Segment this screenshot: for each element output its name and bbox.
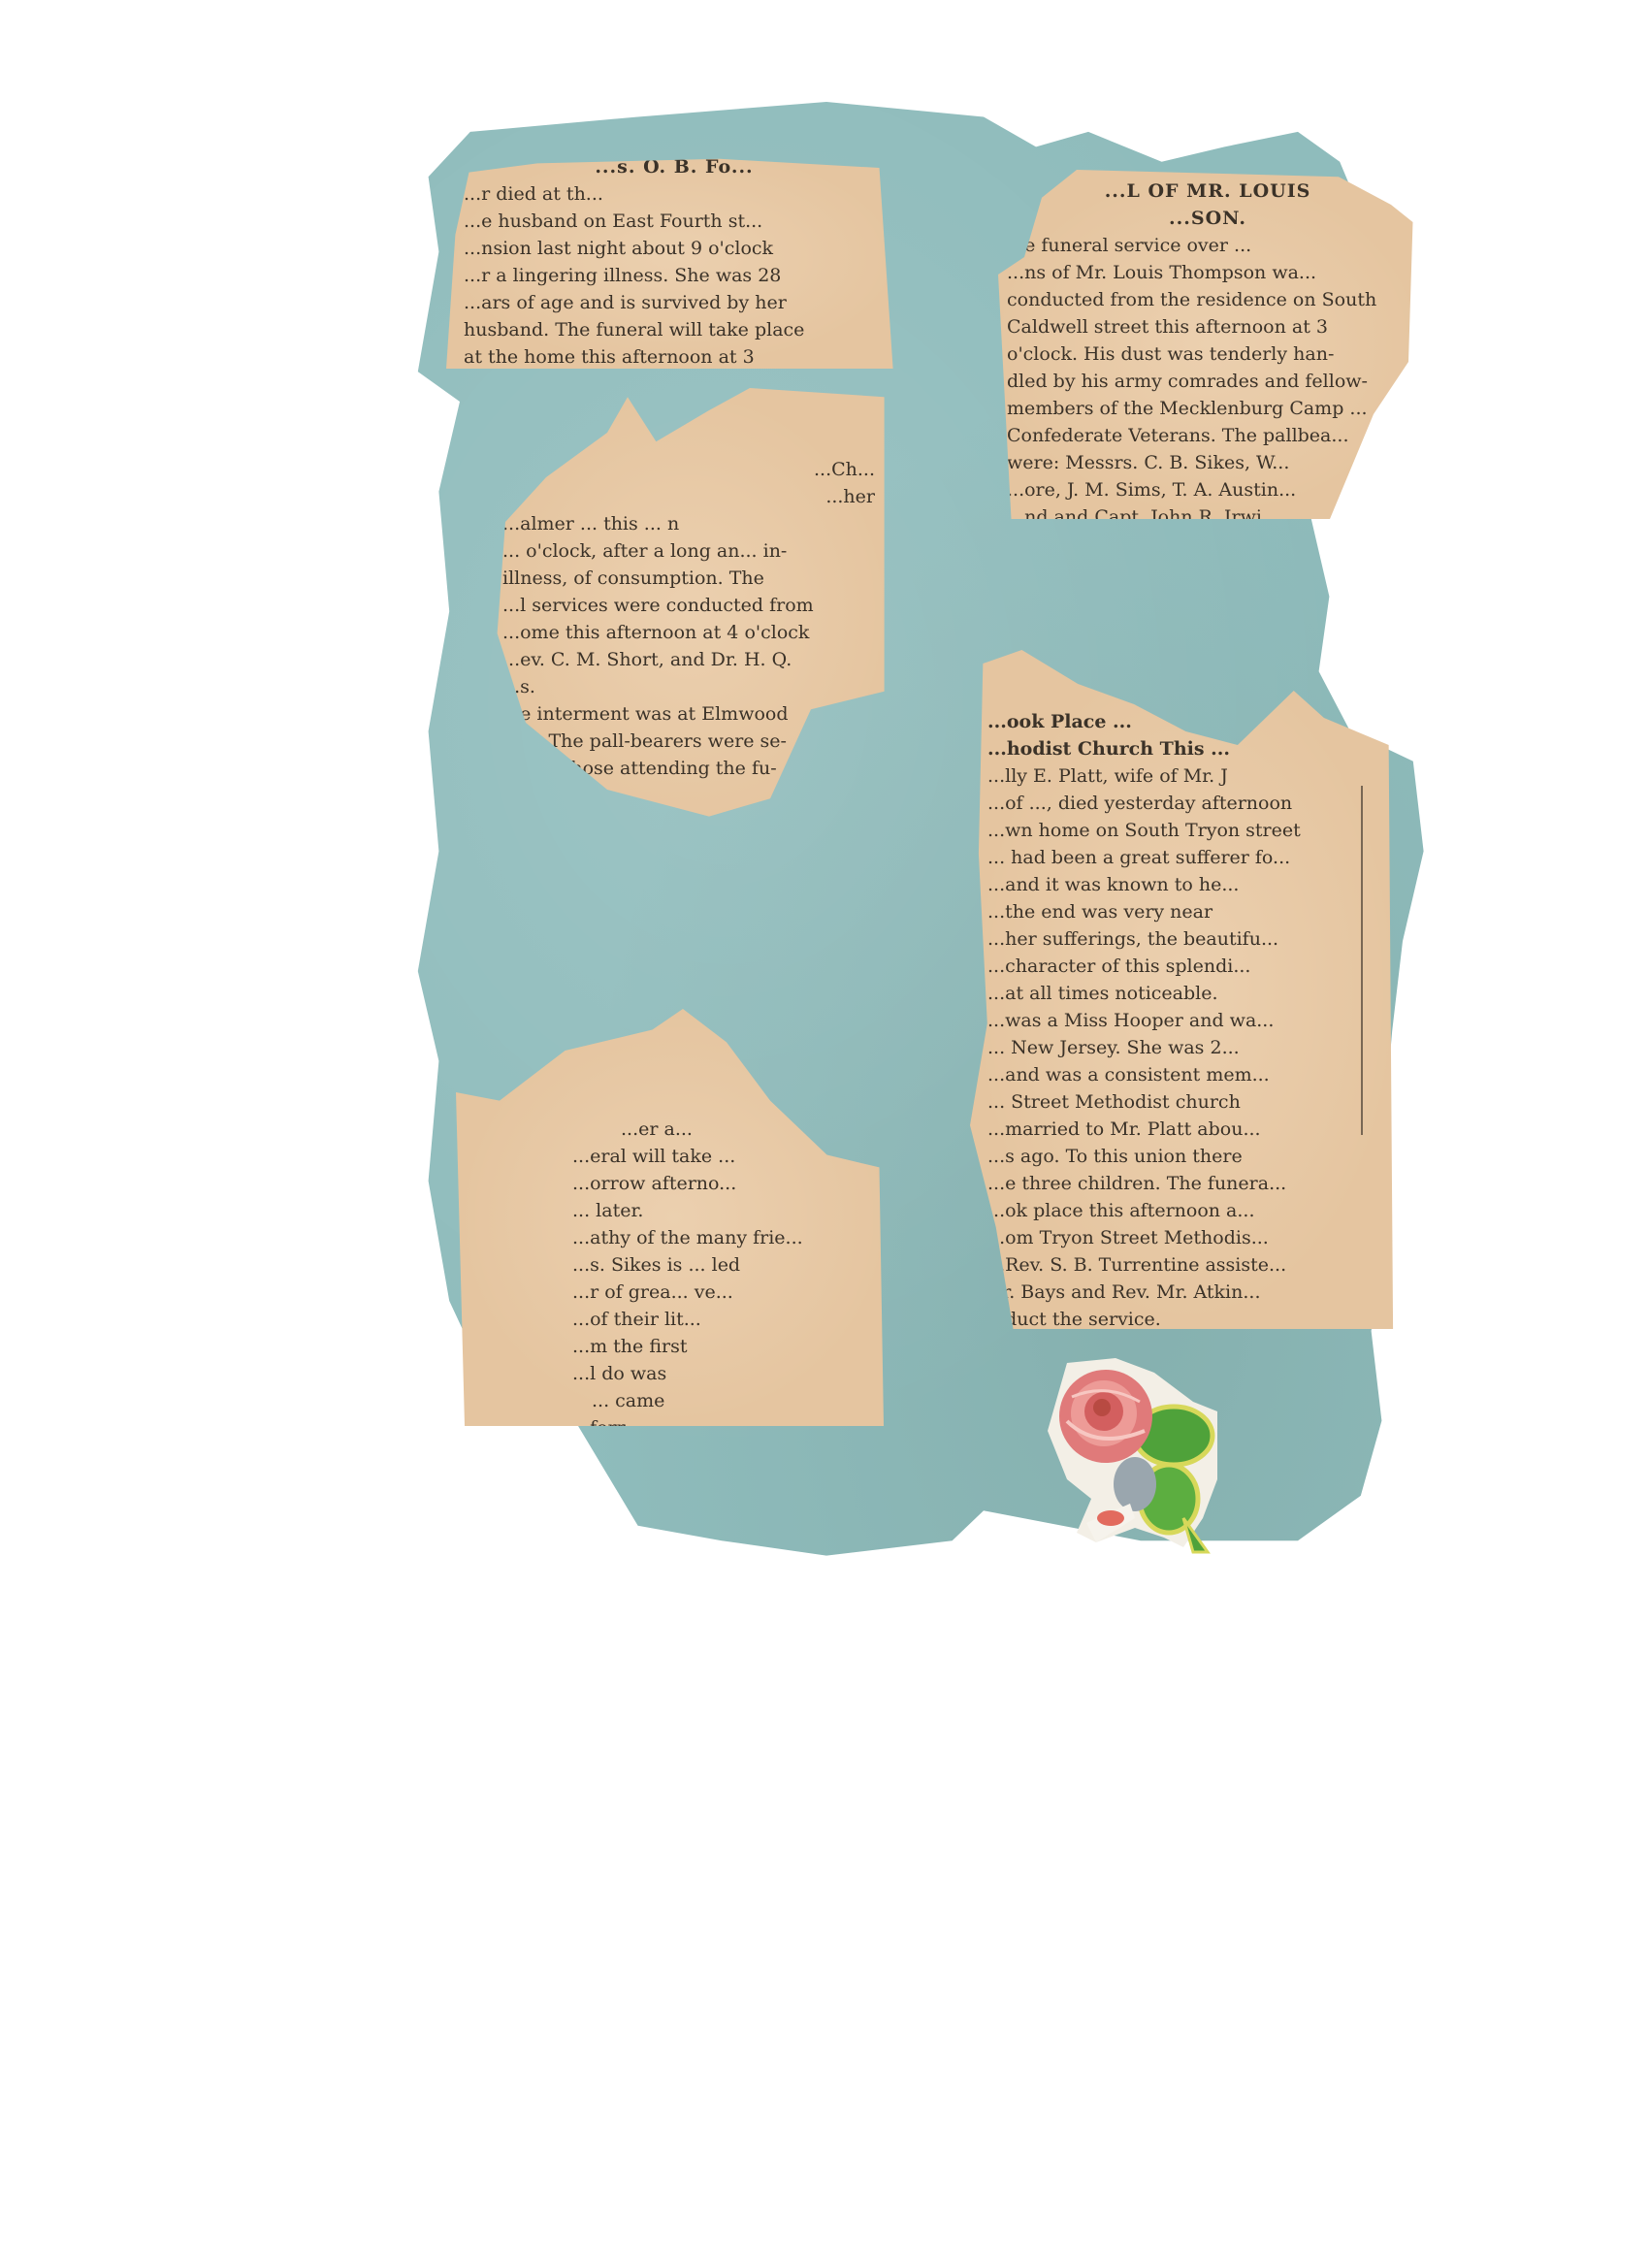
clipping-line: ...s. Sikes is ... led: [572, 1251, 875, 1279]
column-rule: [1361, 786, 1363, 1135]
obituary-clipping-thompson: ...L OF MR. LOUIS ...SON. ...e funeral s…: [989, 170, 1426, 519]
rose-flower-icon: [1038, 1344, 1222, 1557]
clipping-line: ...r of grea... ve...: [572, 1279, 875, 1306]
clipping-line: ...e husband on East Fourth st...: [464, 208, 885, 235]
clipping-line: Caldwell street this afternoon at 3: [1007, 313, 1408, 340]
clipping-line: were: Messrs. C. B. Sikes, W...: [1007, 449, 1408, 476]
clipping-line: ...and was a consistent mem...: [987, 1061, 1384, 1088]
clipping-line: ...married to Mr. Platt abou...: [987, 1116, 1384, 1143]
clipping-line: ...wn home on South Tryon street: [987, 817, 1384, 844]
clipping-line: conducted from the residence on South: [1007, 286, 1408, 313]
clipping-line: ...l do was: [572, 1360, 875, 1387]
clipping-line: ... Street Methodist church: [987, 1088, 1384, 1116]
clipping-line: ...ok place this afternoon a...: [987, 1197, 1384, 1224]
clipping-headline: ...SON.: [1007, 205, 1408, 232]
clipping-line: ...of ..., died yesterday afternoon: [987, 790, 1384, 817]
clipping-line: ...l services were conducted from: [502, 592, 875, 619]
clipping-line: ...orrow afterno...: [572, 1170, 875, 1197]
clipping-line: ... New Jersey. She was 2...: [987, 1034, 1384, 1061]
clipping-line: ... had been a great sufferer fo...: [987, 844, 1384, 871]
clipping-line: members of the Mecklenburg Camp ...: [1007, 395, 1408, 422]
clipping-line: ... later.: [572, 1197, 875, 1224]
clipping-line: ...om Tryon Street Methodis...: [987, 1224, 1384, 1251]
clipping-line: ...m the first: [572, 1333, 875, 1360]
clipping-line: dled by his army comrades and fellow-: [1007, 368, 1408, 395]
clipping-line: ...ore, J. M. Sims, T. A. Austin...: [1007, 476, 1408, 503]
clipping-line: ...almer ... this ... n: [502, 510, 875, 537]
clipping-headline: ...L OF MR. LOUIS: [1007, 178, 1408, 205]
obituary-clipping-platt: ...ook Place ... ...hodist Church This .…: [970, 650, 1402, 1329]
clipping-line: ...and it was known to he...: [987, 871, 1384, 898]
clipping-line: ...s.: [502, 673, 875, 700]
clipping-line: husband. The funeral will take place: [464, 316, 885, 343]
clipping-line: ...lly E. Platt, wife of Mr. J: [987, 762, 1384, 790]
clipping-line: ... came: [572, 1387, 875, 1414]
clipping-line: ...e three children. The funera...: [987, 1170, 1384, 1197]
clipping-line: ...ars of age and is survived by her: [464, 289, 885, 316]
clipping-line: ...at all times noticeable.: [987, 980, 1384, 1007]
clipping-line: ...Rev. S. B. Turrentine assiste...: [987, 1251, 1384, 1279]
clipping-line: illness, of consumption. The: [502, 565, 875, 592]
clipping-line: ...of their lit...: [572, 1306, 875, 1333]
clipping-line: ...ome this afternoon at 4 o'clock: [502, 619, 875, 646]
clipping-line: ...ev. C. M. Short, and Dr. H. Q.: [502, 646, 875, 673]
clipping-line: ...her sufferings, the beautifu...: [987, 925, 1384, 953]
clipping-line: ...the end was very near: [987, 898, 1384, 925]
clipping-subheadline: ...hodist Church This ...: [987, 735, 1384, 762]
clipping-line: ...her: [502, 483, 875, 510]
clipping-line: ...e funeral service over ...: [1007, 232, 1408, 259]
clipping-line: ...s ago. To this union there: [987, 1143, 1384, 1170]
clipping-line: at the home this afternoon at 3: [464, 343, 885, 371]
clipping-line: Confederate Veterans. The pallbea...: [1007, 422, 1408, 449]
clipping-line: ... o'clock, after a long an... in-: [502, 537, 875, 565]
clipping-line: ...duct the service.: [987, 1306, 1384, 1333]
clipping-line: ...athy of the many frie...: [572, 1224, 875, 1251]
clipping-line: ...r died at th...: [464, 180, 885, 208]
clipping-line: ...character of this splendi...: [987, 953, 1384, 980]
clipping-line: ...was a Miss Hooper and wa...: [987, 1007, 1384, 1034]
clipping-line: ...r a lingering illness. She was 28: [464, 262, 885, 289]
clipping-line: ...nsion last night about 9 o'clock: [464, 235, 885, 262]
clipping-line: o'clock. His dust was tenderly han-: [1007, 340, 1408, 368]
clipping-line: Dr. Bays and Rev. Mr. Atkin...: [987, 1279, 1384, 1306]
clipping-line: ...ns of Mr. Louis Thompson wa...: [1007, 259, 1408, 286]
obituary-clipping-forsyth: ...s. O. B. Fo... ...r died at th... ...…: [446, 146, 902, 369]
